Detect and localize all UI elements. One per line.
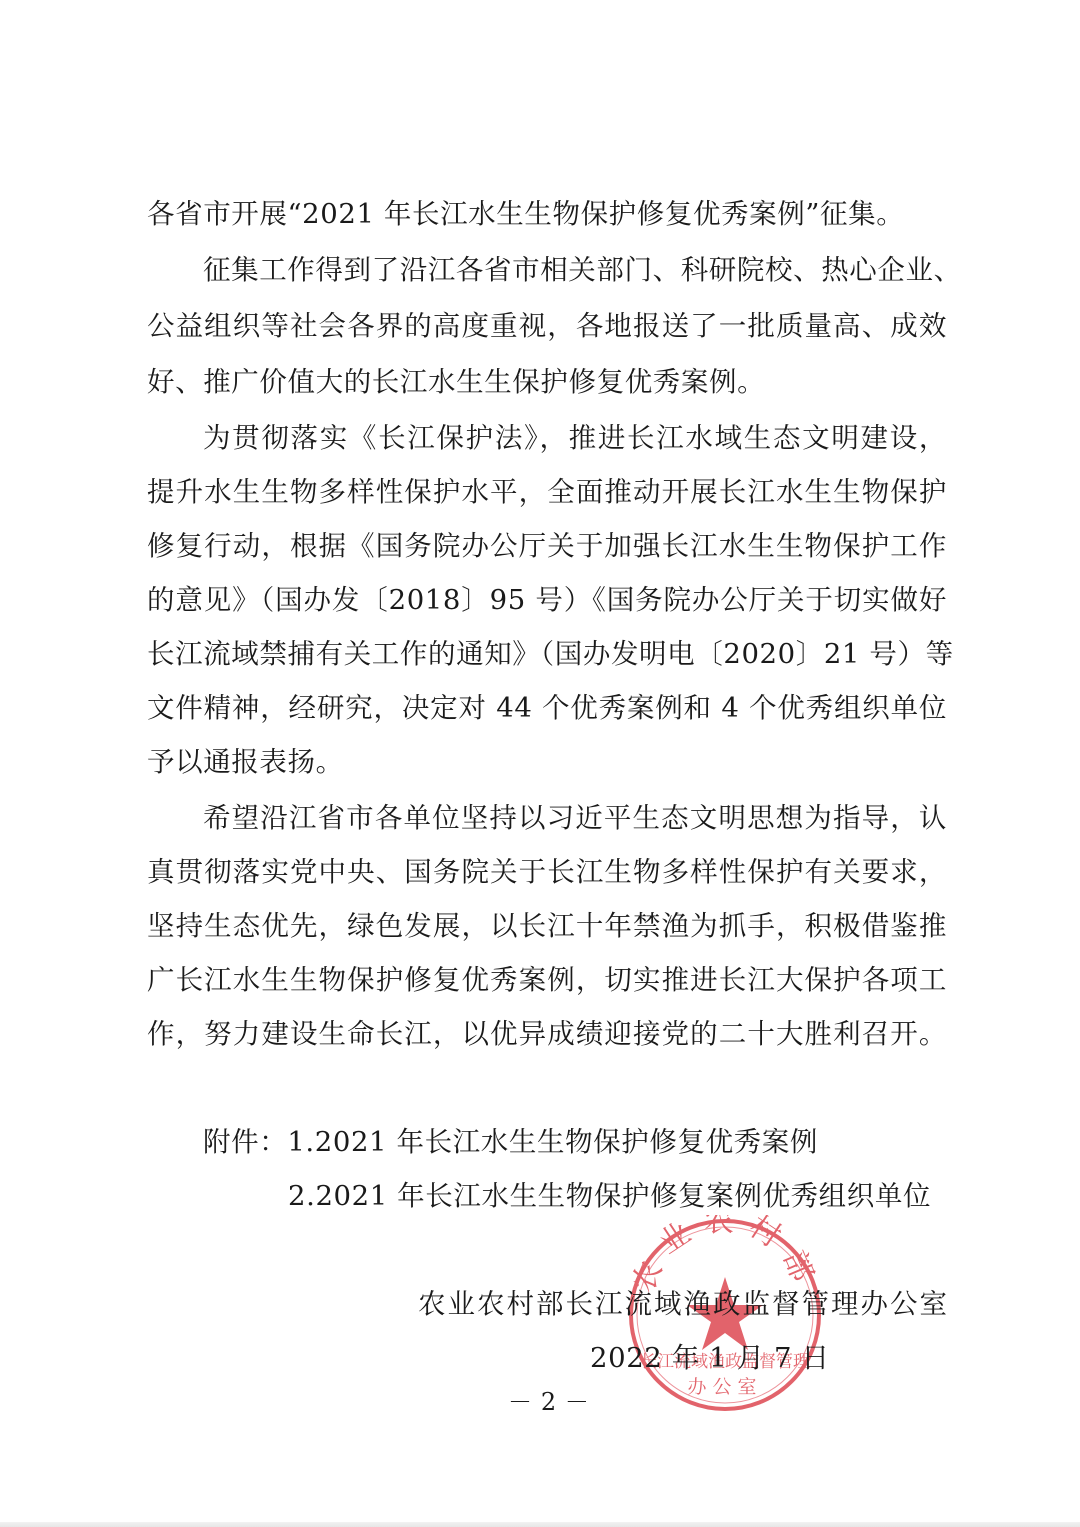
document-page: 各省市开展“2021 年长江水生生物保护修复优秀案例”征集。 征集工作得到了沿江… [0,0,1080,1527]
paragraph-line: 好、推广价值大的长江水生生保护修复优秀案例。 [147,364,947,400]
paragraph-line: 真贯彻落实党中央、国务院关于长江生物多样性保护有关要求， [147,854,947,890]
paragraph-line: 各省市开展“2021 年长江水生生物保护修复优秀案例”征集。 [147,196,947,232]
paragraph-line: 作，努力建设生命长江，以优异成绩迎接党的二十大胜利召开。 [147,1016,947,1052]
paragraph-line: 坚持生态优先，绿色发展，以长江十年禁渔为抓手，积极借鉴推 [147,908,947,944]
paragraph-line: 广长江水生生物保护修复优秀案例，切实推进长江大保护各项工 [147,962,947,998]
paragraph-line: 征集工作得到了沿江各省市相关部门、科研院校、热心企业、 [203,252,947,288]
paragraph-line: 公益组织等社会各界的高度重视，各地报送了一批质量高、成效 [147,308,947,344]
page-edge [0,1522,1080,1527]
paragraph-line: 提升水生生物多样性保护水平，全面推动开展长江水生生物保护 [147,474,947,510]
paragraph-line: 希望沿江省市各单位坚持以习近平生态文明思想为指导，认 [203,800,947,836]
issuing-organization: 农业农村部长江流域渔政监督管理办公室 [418,1286,938,1322]
paragraph-line: 为贯彻落实《长江保护法》，推进长江水域生态文明建设， [203,420,947,456]
svg-text:办公室: 办公室 [687,1376,762,1398]
attachment-item: 2.2021 年长江水生生物保护修复案例优秀组织单位 [288,1178,938,1214]
paragraph-line: 予以通报表扬。 [147,744,947,780]
page-number: － 2 － [508,1384,578,1420]
paragraph-line: 修复行动，根据《国务院办公厅关于加强长江水生生物保护工作 [147,528,947,564]
attachments-label: 附件： [203,1126,287,1158]
attachment-item: 1.2021 年长江水生生物保护修复优秀案例 [287,1126,818,1158]
paragraph-line: 的意见》（国办发〔2018〕95 号）《国务院办公厅关于切实做好 [147,582,947,618]
paragraph-line: 文件精神，经研究，决定对 44 个优秀案例和 4 个优秀组织单位 [147,690,947,726]
attachments: 附件：1.2021 年长江水生生物保护修复优秀案例 [203,1124,1003,1160]
issue-date: 2022 年 1 月 7 日 [590,1340,810,1376]
paragraph-line: 长江流域禁捕有关工作的通知》（国办发明电〔2020〕21 号）等 [147,636,947,672]
